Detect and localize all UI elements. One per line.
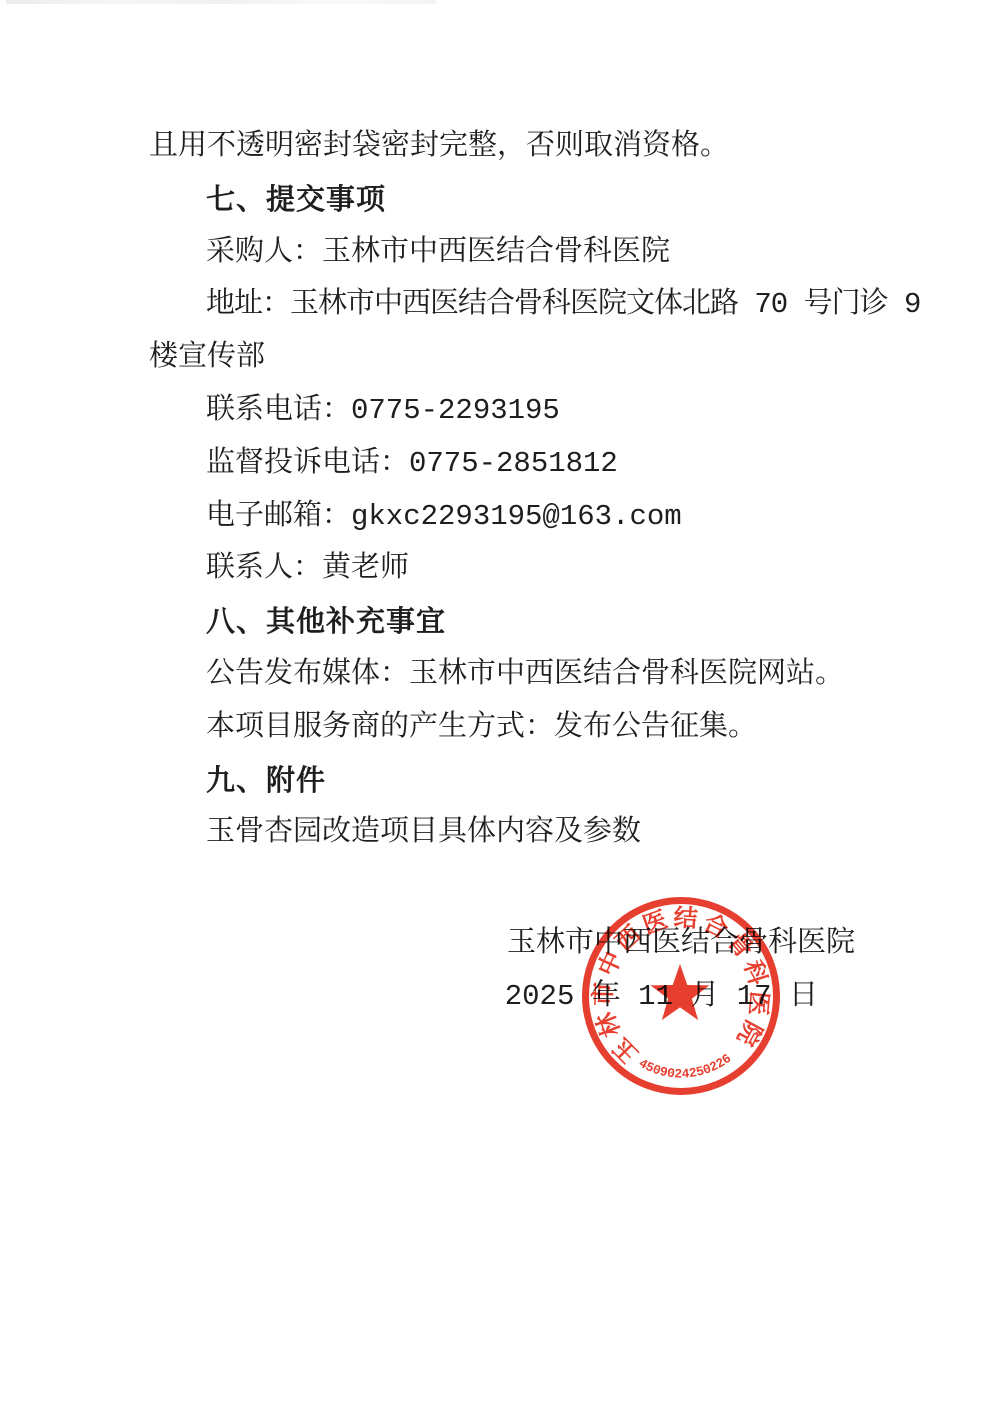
seal-star-icon [651, 964, 710, 1020]
paragraph-line: 且用不透明密封袋密封完整，否则取消资格。 [149, 121, 859, 174]
document-body: 且用不透明密封袋密封完整，否则取消资格。 七、提交事项 采购人：玉林市中西医结合… [149, 0, 859, 860]
seal-code: 4509024250226 [636, 1051, 734, 1082]
paragraph-line: 本项目服务商的产生方式：发布公告征集。 [149, 702, 859, 755]
svg-text:市: 市 [590, 982, 618, 1007]
svg-text:医: 医 [744, 990, 773, 1016]
section-heading: 九、附件 [149, 755, 859, 808]
official-seal-stamp: 玉林市中西医结合骨科医院 4509024250226 [571, 886, 791, 1106]
paragraph-line: 玉骨杏园改造项目具体内容及参数 [149, 807, 859, 860]
paragraph-line: 联系电话：0775-2293195 [149, 385, 859, 438]
paragraph-line: 监督投诉电话：0775-2851812 [149, 438, 859, 491]
svg-text:结: 结 [673, 904, 699, 932]
paragraph-line: 采购人：玉林市中西医结合骨科医院 [149, 227, 859, 280]
paragraph-line: 联系人：黄老师 [149, 543, 859, 596]
document-page: 且用不透明密封袋密封完整，否则取消资格。 七、提交事项 采购人：玉林市中西医结合… [0, 0, 1000, 1419]
paragraph-line: 公告发布媒体：玉林市中西医结合骨科医院网站。 [149, 649, 859, 702]
section-heading: 七、提交事项 [149, 174, 859, 227]
paragraph-line: 地址：玉林市中西医结合骨科医院文体北路 70 号门诊 9 [149, 279, 859, 332]
section-heading: 八、其他补充事宜 [149, 596, 859, 649]
paragraph-line: 电子邮箱：gkxc2293195@163.com [149, 491, 859, 544]
paragraph-line: 楼宣传部 [149, 332, 859, 385]
